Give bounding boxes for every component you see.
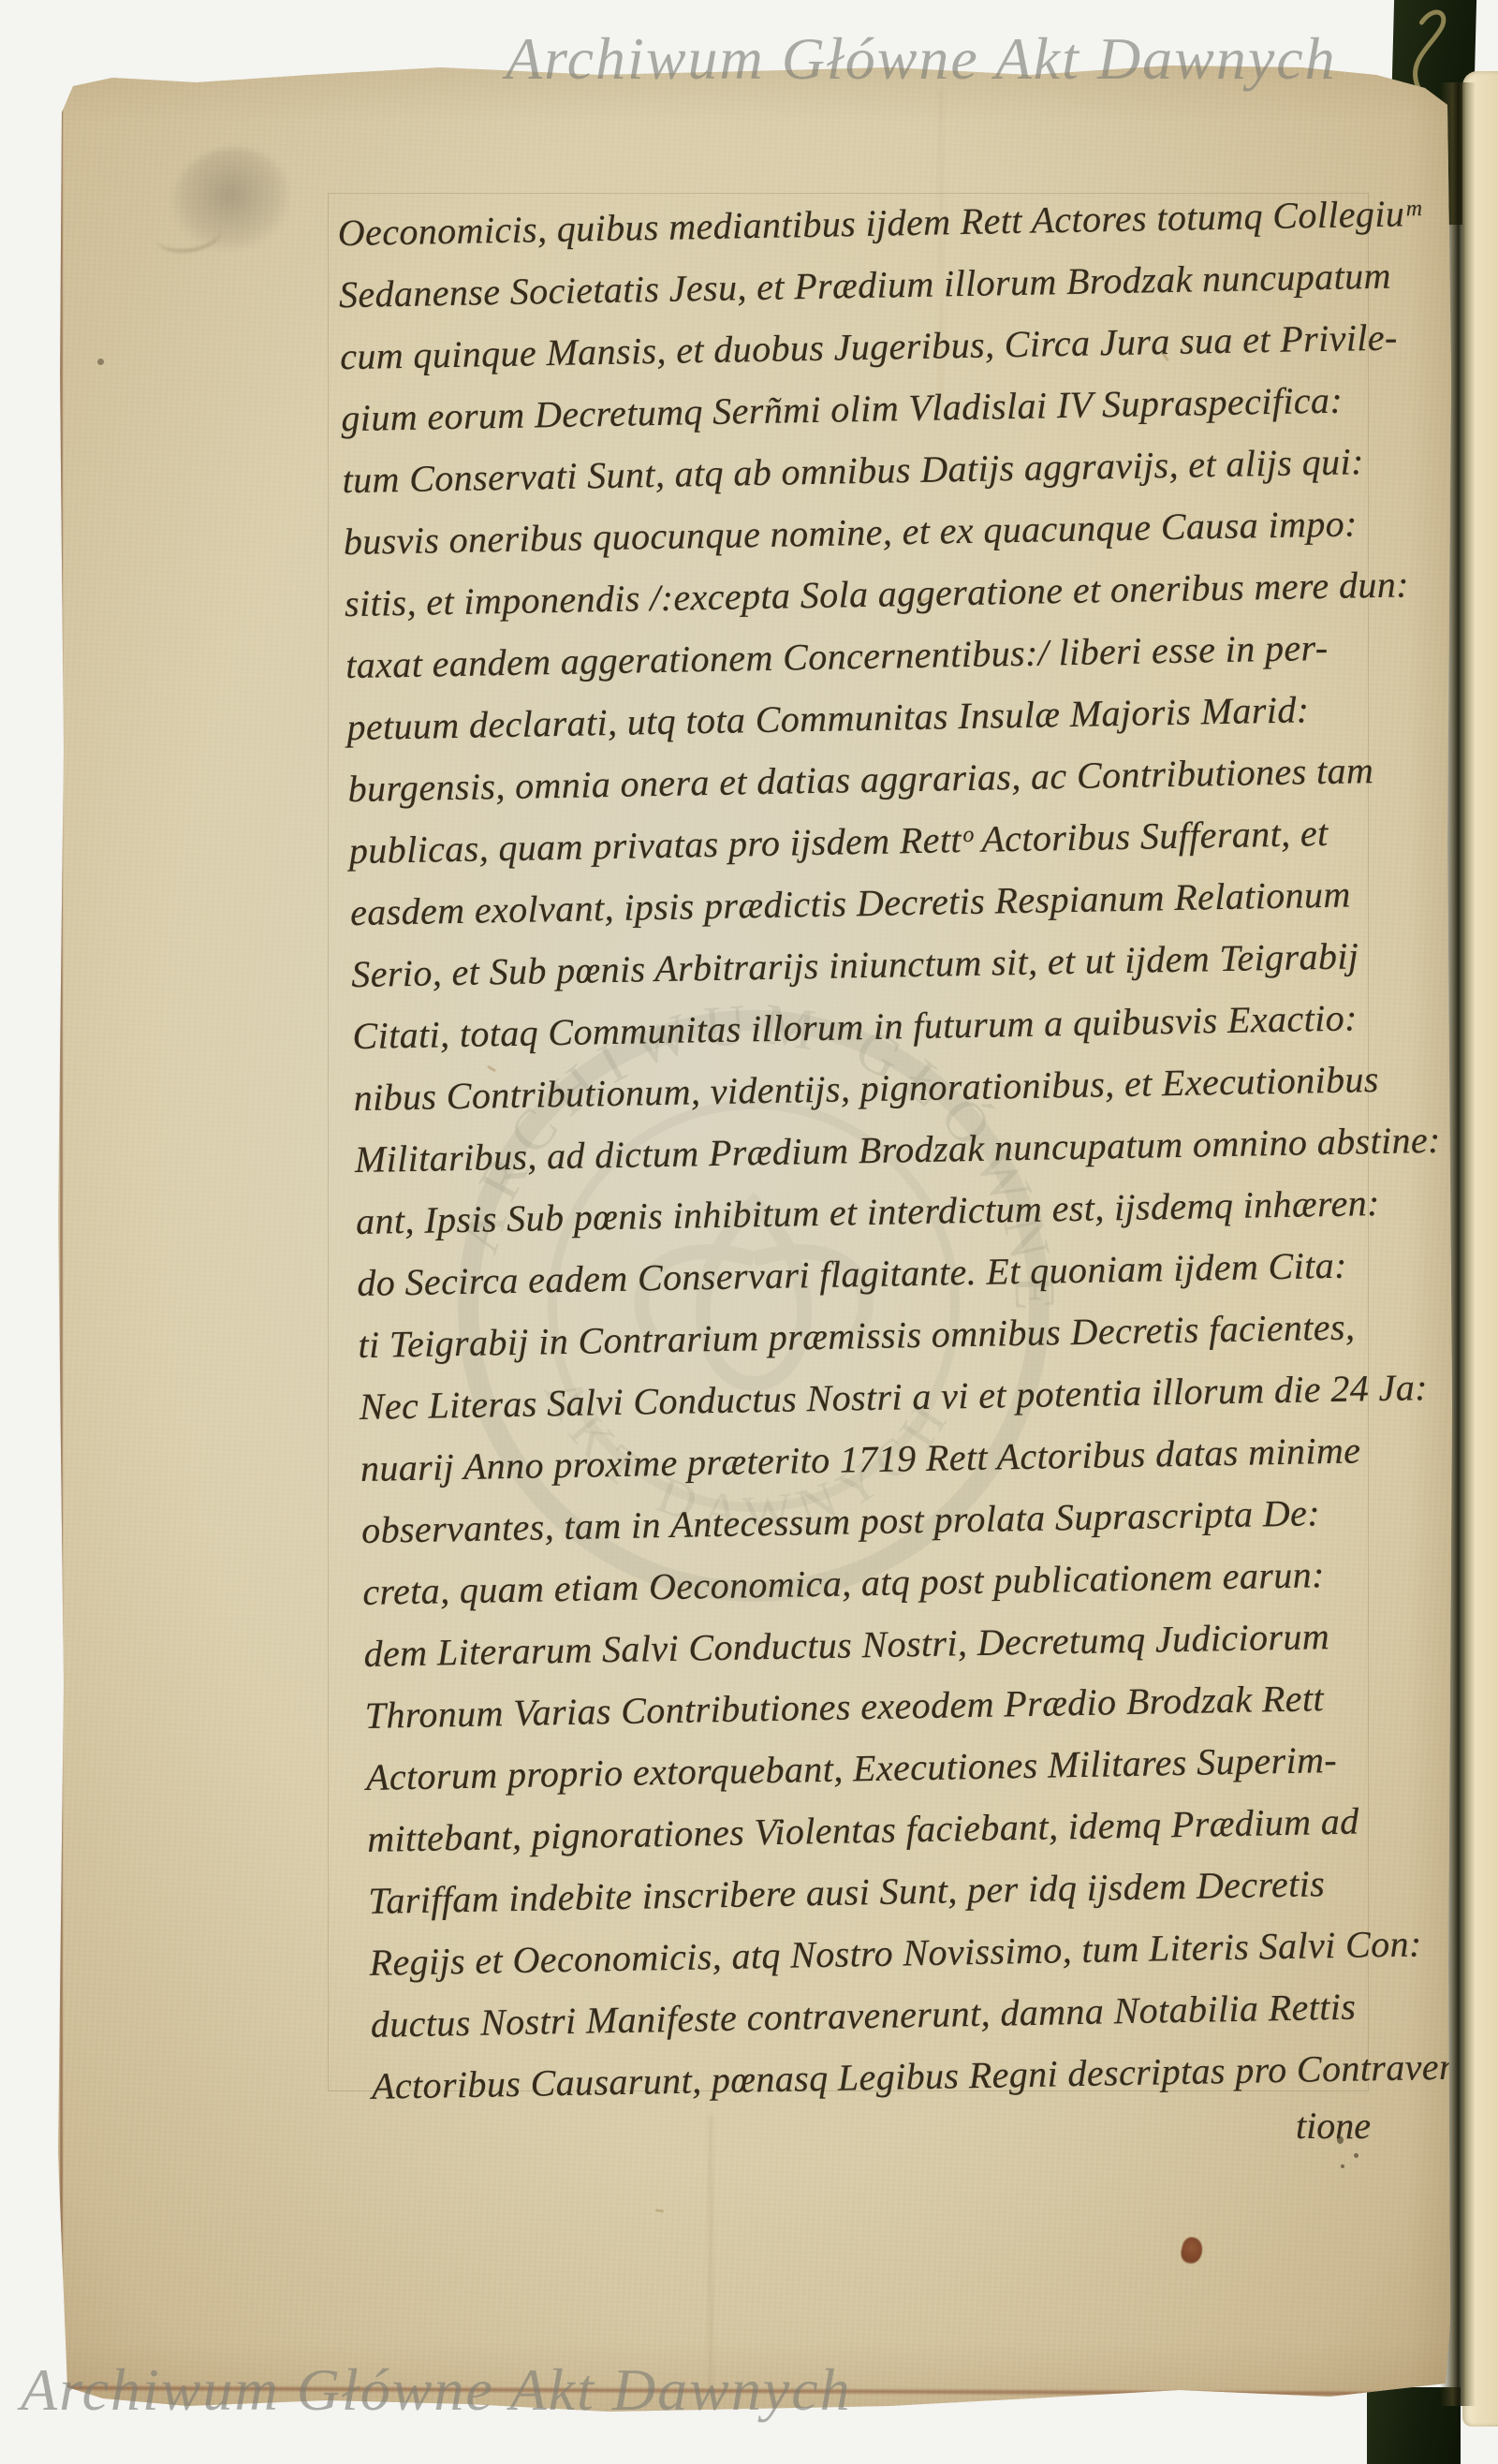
manuscript-page: ARCHIWUM GŁÓWNE AKT DAWNYCH Oeconomicis,… bbox=[0, 0, 1498, 2464]
paper-crease bbox=[710, 2116, 712, 2401]
ink-speck bbox=[1337, 2136, 1344, 2144]
ink-speck bbox=[1354, 2153, 1358, 2158]
ink-speck bbox=[97, 359, 104, 365]
scanned-document: ARCHIWUM GŁÓWNE AKT DAWNYCH Oeconomicis,… bbox=[0, 0, 1498, 2464]
paper-crease bbox=[940, 89, 942, 398]
catchword: tione bbox=[330, 2095, 1494, 2157]
ink-speck bbox=[1341, 2164, 1344, 2168]
manuscript-text-block: Oeconomicis, quibus mediantibus ijdem Re… bbox=[330, 183, 1405, 2118]
page-edge-left bbox=[60, 103, 63, 2392]
